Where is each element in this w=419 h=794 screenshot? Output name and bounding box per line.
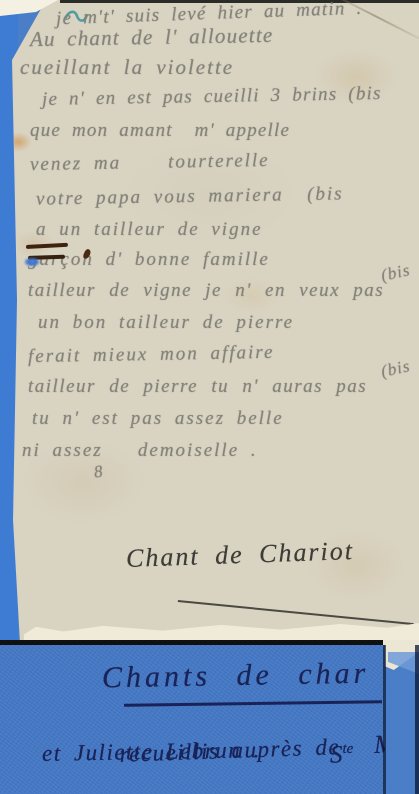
card-title: Chants de char <box>102 657 370 696</box>
lyric-line: un bon tailleur de pierre <box>38 312 294 334</box>
lyric-line: cueillant la violette <box>20 55 234 80</box>
card-right-edge <box>383 645 386 794</box>
card-names-line: et Juliette Lebrun . <box>42 737 261 767</box>
lyric-line: ferait mieux mon affaire <box>28 342 275 368</box>
lyric-line: Au chant de l' allouette <box>30 23 274 52</box>
lyric-line: que mon amant m' appelle <box>30 120 290 142</box>
lyric-line: garçon d' bonne famille <box>28 249 270 271</box>
lyric-line: venez ma tourterelle <box>30 150 270 176</box>
scanned-manuscript-photo: je m't' suis levé hier au matin . Au cha… <box>0 0 419 794</box>
blue-title-card: Chants de char recueillis auprès deMth e… <box>0 645 385 794</box>
photo-right-edge <box>415 645 419 794</box>
lyric-line: tailleur de pierre tu n' auras pas <box>28 376 367 398</box>
card-place-abbrev: Ste <box>330 741 353 769</box>
lyric-line: ni assez demoiselle . <box>22 440 258 462</box>
blue-pencil-smudge <box>25 258 39 266</box>
lyric-line: a un tailleur de vigne <box>36 219 263 241</box>
lyric-line: tu n' est pas assez belle <box>32 408 284 430</box>
lyric-line: tailleur de vigne je n' en veux pas <box>28 280 384 302</box>
